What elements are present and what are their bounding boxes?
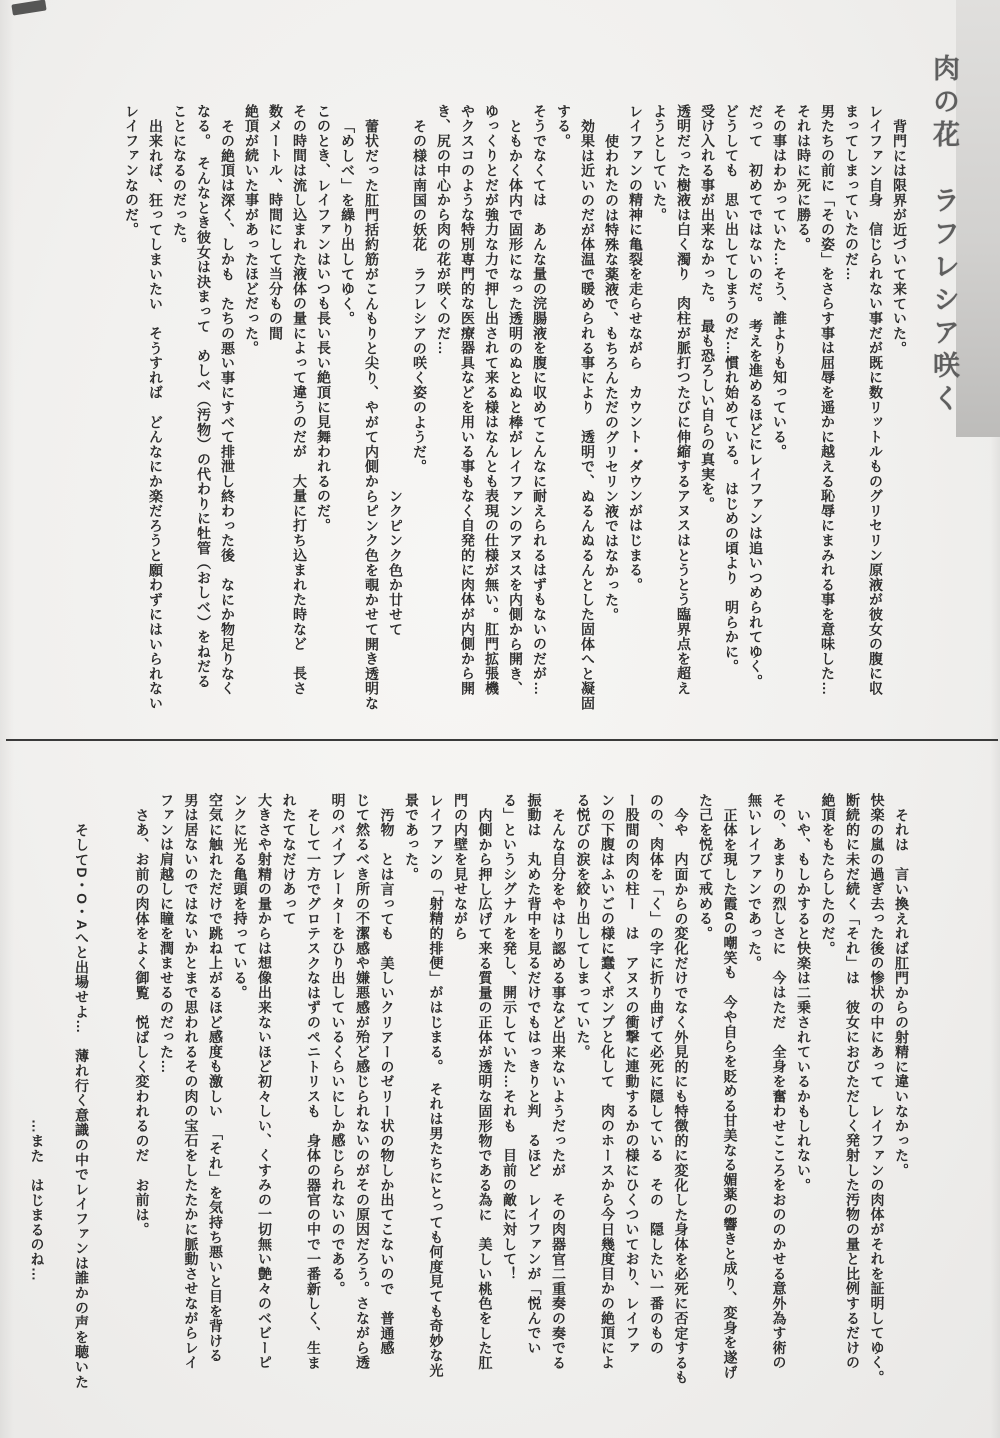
text-column: き、尻の中心から肉の花が咲くのだ… — [432, 104, 456, 729]
text-column: 数メートル、時間にして当分もの間 — [264, 104, 288, 729]
text-column: ゆっくりとだが強力な力で押し出されて来る様はなんとも表現の仕様が無い。肛門拡張機 — [480, 104, 504, 729]
text-column: なる。 そんなとき彼女は決まって めしべ（汚物）の代わりに牡管（おしべ）をねだる — [192, 104, 216, 729]
text-column: このとき、レイファンはいつも長い長い絶頂に見舞われるのだ。 — [312, 104, 336, 729]
text-column: レイファン自身 信じられない事だが既に数リットルものグリセリン原液が彼女の腹に収 — [864, 104, 888, 729]
text-column: そして一方でグロテスクなはずのペニトリスも 身体の器官の中で一番新しく、生ま — [302, 793, 327, 1438]
section-divider — [6, 739, 998, 741]
text-column: レイファンの精神に亀裂を走らせながら カウント・ダウンがはじまる。 — [624, 104, 648, 729]
page-title: 肉の花 ラフレシア咲く — [925, 54, 964, 417]
text-column: 明のバイブレーターをひり出しているくらいにしか感じられないのである。 — [326, 793, 351, 1438]
text-column: 断続的に未だ続く「それ」は 彼女におびただしく発射した汚物の量と比例するだけの — [841, 793, 866, 1438]
text-column: 今や 内面からの変化だけでなく外見的にも特徴的に変化した身体を必死に否定するも — [669, 793, 694, 1438]
text-column: 無いレイファンであった。 — [743, 793, 768, 1438]
scan-corner-artifact — [11, 0, 46, 16]
text-column: やクスコのような特別専門的な医療器具などを用いる事もなく自発的に肉体が内側から開 — [456, 104, 480, 729]
text-column: ファンは肩越しに瞳を潤ませるのだった… — [155, 793, 180, 1438]
text-column: 使われたのは特殊な薬液で、もちろんただのグリセリン液ではなかった。 — [600, 104, 624, 729]
text-column: ンクに光る亀頭を持っている。 — [228, 793, 253, 1438]
text-column: 快楽の嵐の過ぎ去った後の惨状の中にあって レイファンの肉体がそれを証明してゆく。 — [865, 793, 890, 1438]
text-column: その時間は流し込まれた液体の量によって違うのだが 大量に打ち込まれた時など 長さ — [288, 104, 312, 729]
text-column: その様は南国の妖花 ラフレシアの咲く姿のようだ。 — [408, 104, 432, 729]
text-column: どうしても 思い出してしまうのだ…慣れ始めている。 はじめの頃より 明らかに。 — [720, 104, 744, 729]
text-column: ことになるのだった。 — [168, 104, 192, 729]
text-column: じて然るべき所の不潔感や嫌悪感が殆ど感じられないのがその原因だろう。さながら透 — [351, 793, 376, 1438]
text-column: する。 — [552, 104, 576, 729]
text-column: た己を悦びて戒める。 — [694, 793, 719, 1438]
text-column: その事はわかっていた…そう、誰よりも知っている。 — [768, 104, 792, 729]
text-column: それは 言い換えれば肛門からの射精に違いなかった。 — [890, 793, 915, 1438]
text-column: 景であった。 — [400, 793, 425, 1438]
text-column: 空気に触れただけで跳ね上がるほど感度も激しい 「それ」を気持ち悪いと目を背ける — [204, 793, 229, 1438]
text-column: ともかく体内で固形になった透明のぬとぬと棒がレイファンのアヌスを内側から開き、 — [504, 104, 528, 729]
text-column: 絶頂をもたらしたのだ。 — [816, 793, 841, 1438]
text-column: 男たちの前に「その姿」をさらす事は屈辱を遥かに越える恥辱にまみれる事を意味した… — [816, 104, 840, 729]
text-column: 男は居ないのではないかとまで思われるその肉の宝石をしたたかに脈動させながらレイ — [179, 793, 204, 1438]
text-column: 効果は近いのだが体温で暖められる事により 透明で、ぬるんぬるんとした固体へと凝固 — [576, 104, 600, 729]
text-column: 汚物 とは言っても 美しいクリアーのゼリー状の物しか出てこないので 普通感 — [375, 793, 400, 1438]
story-text-bottom-section: それは 言い換えれば肛門からの射精に違いなかった。快楽の嵐の過ぎ去った後の惨状の… — [25, 793, 914, 1438]
text-column: …また はじまるのね… — [25, 793, 50, 1438]
text-column: れたてなだけあって — [277, 793, 302, 1438]
text-column: る悦びの涙を絞り出してしまっていた。 — [571, 793, 596, 1438]
text-column: まってしまっていたのだ… — [840, 104, 864, 729]
text-column: 背門には限界が近づいて来ていた。 — [888, 104, 912, 729]
text-column: だって 初めてではないのだ。 考えを進めるほどにレイファンは追いつめられてゆく。 — [744, 104, 768, 729]
text-column: 透明だった樹液は白く濁り 肉柱が脈打つたびに伸縮するアヌスはとうとう臨界点を超え — [672, 104, 696, 729]
text-column: さあ、お前の肉体をよく御覧 悦ばしく変われるのだ お前は。 — [130, 793, 155, 1438]
text-column: その絶頂は深く、しかも たちの悪い事にすべて排泄し終わった後 なにか物足りなく — [216, 104, 240, 729]
text-column: 出来れば、狂ってしまいたい そうすれば どんなにか楽だろうと願わずにはいられない — [144, 104, 168, 729]
text-column: 大きさや射精の量からは想像出来ないほど初々しい、くすみの一切無い艶々のベビーピ — [253, 793, 278, 1438]
text-column: 「めしべ」を繰り出してゆく。 — [336, 104, 360, 729]
text-column: そうでなくては あんな量の浣腸液を腹に収めてこんなに耐えられるはずもないのだが… — [528, 104, 552, 729]
text-column: ようとしていた。 — [648, 104, 672, 729]
text-column: そしてD・O・Aへと出場せよ… 薄れ行く意識の中でレイファンは誰かの声を聴いた — [70, 793, 95, 1438]
text-column: その、あまりの烈しさに 今はただ 全身を奮わせこころをおののかせる意外為す術の — [767, 793, 792, 1438]
text-column: 振動は 丸めた背中を見るだけでもはっきりと判 るほど レイファンが「悦んでい — [522, 793, 547, 1438]
text-column: 門の内壁を見せながら — [449, 793, 474, 1438]
text-column: る」というシグナルを発し、開示していた…それも 目前の敵に対して！ — [498, 793, 523, 1438]
text-column: そんな自分をやはり認める事など出来ないようだったが その肉器官二重奏の奏でる — [547, 793, 572, 1438]
text-column: のの、肉体を「く」の字に折り曲げて必死に隠している その 隠したい一番のもの — [645, 793, 670, 1438]
story-text-top-section: 背門には限界が近づいて来ていた。レイファン自身 信じられない事だが既に数リットル… — [120, 104, 912, 729]
text-column: レイファンなのだ。 — [120, 104, 144, 729]
text-column: いや、もしかすると快楽は二乗されているかもしれない。 — [792, 793, 817, 1438]
text-column: 受け入れる事が出来なかった。 最も恐ろしい自らの真実を。 — [696, 104, 720, 729]
text-column: レイファンの「射精的排便」がはじまる。 それは男たちにとっても何度見ても奇妙な光 — [424, 793, 449, 1438]
text-column: ー股間の肉の柱ー は アヌスの衝撃に連動するかの様にひくついており、レイファ — [620, 793, 645, 1438]
text-column: 内側から押し広げて来る質量の正体が透明な固形物である為に 美しい桃色をした肛 — [473, 793, 498, 1438]
text-column: ンの下腹はふいごの様に蠢くポンプと化して 肉のホースから今日幾度目かの絶頂によ — [596, 793, 621, 1438]
text-column: 正体を現した霞αの嘲笑も 今や自らを貶める甘美なる媚薬の響きと成り、変身を遂げ — [718, 793, 743, 1438]
text-column: ンクピンク色か廿せて — [384, 104, 408, 729]
text-column: それは時に死に勝る。 — [792, 104, 816, 729]
scanned-story-page: 肉の花 ラフレシア咲く 背門には限界が近づいて来ていた。レイファン自身 信じられ… — [0, 0, 1000, 1438]
text-column: 絶頂が続いた事があったほどだった。 — [240, 104, 264, 729]
text-column: 蕾状だった肛門括約筋がこんもりと尖り、やがて内側からピンク色を覗かせて開き透明な — [360, 104, 384, 729]
